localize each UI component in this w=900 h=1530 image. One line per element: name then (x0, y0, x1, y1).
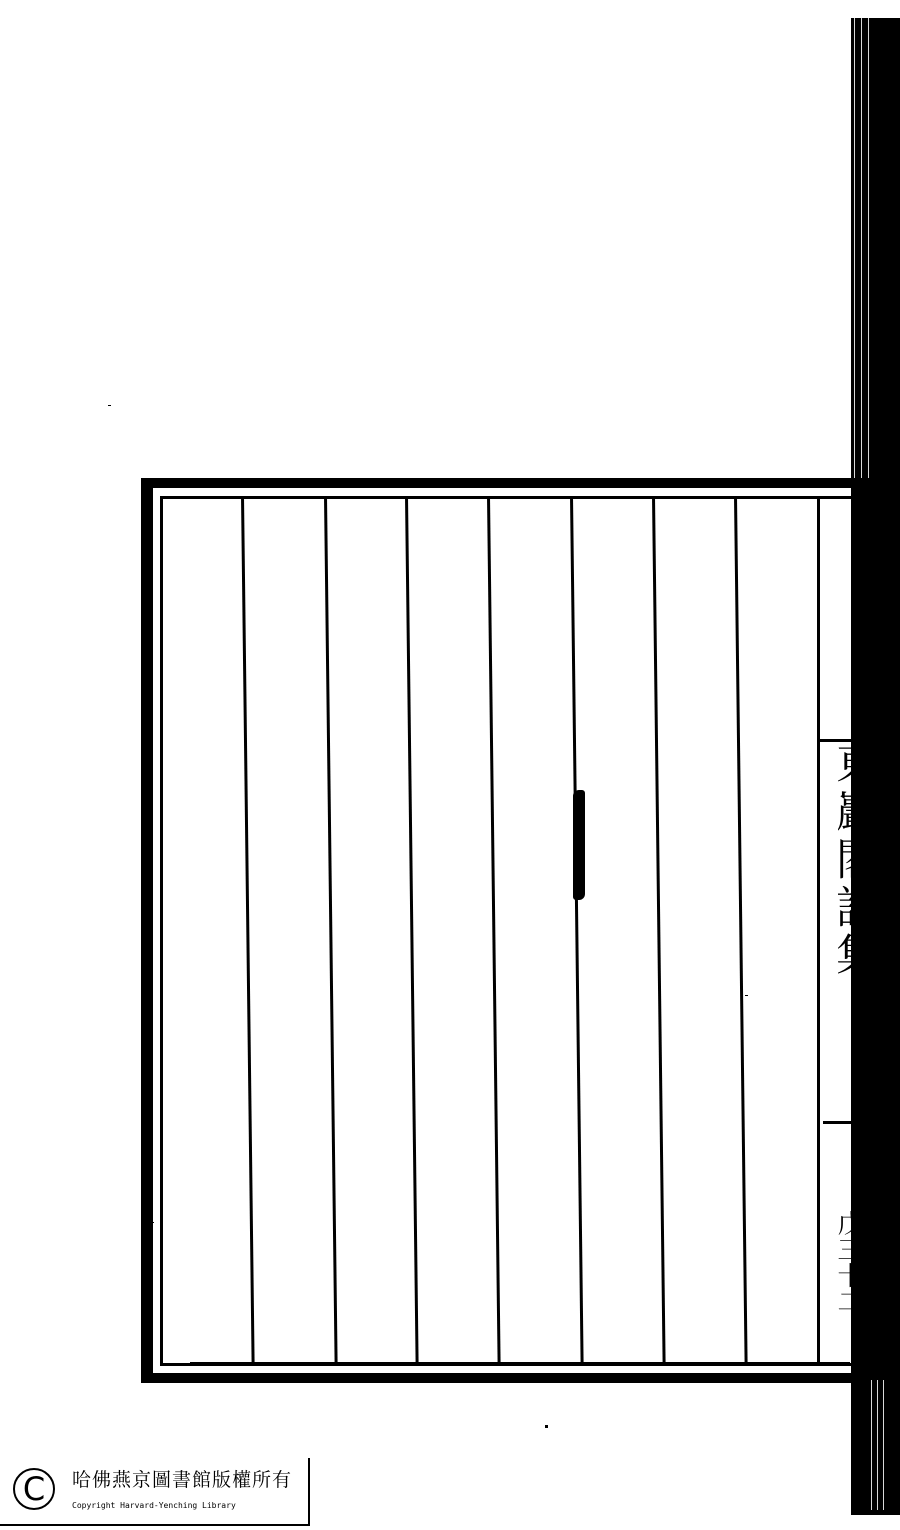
copyright-text-english: Copyright Harvard-Yenching Library (72, 1501, 236, 1510)
scan-speck (108, 405, 111, 406)
copyright-text-chinese: 哈佛燕京圖書館版權所有 (72, 1465, 292, 1492)
spine-texture-bottom (868, 1380, 886, 1510)
bottom-rule (190, 1362, 850, 1365)
banxin-left-line (817, 496, 820, 1364)
spine-texture-top (851, 18, 871, 478)
scan-speck (745, 995, 748, 996)
scan-speck (545, 1425, 548, 1428)
leaf-number: 戊三十二 (834, 1210, 864, 1340)
ink-smudge (573, 790, 585, 900)
book-title: 東巖閣詩集 (838, 740, 878, 990)
inner-border-frame (160, 496, 860, 1366)
fishtail-mark (817, 496, 847, 499)
scan-speck (146, 1222, 154, 1223)
copyright-icon: C (13, 1468, 55, 1510)
banxin-divider-lower (823, 1121, 857, 1124)
